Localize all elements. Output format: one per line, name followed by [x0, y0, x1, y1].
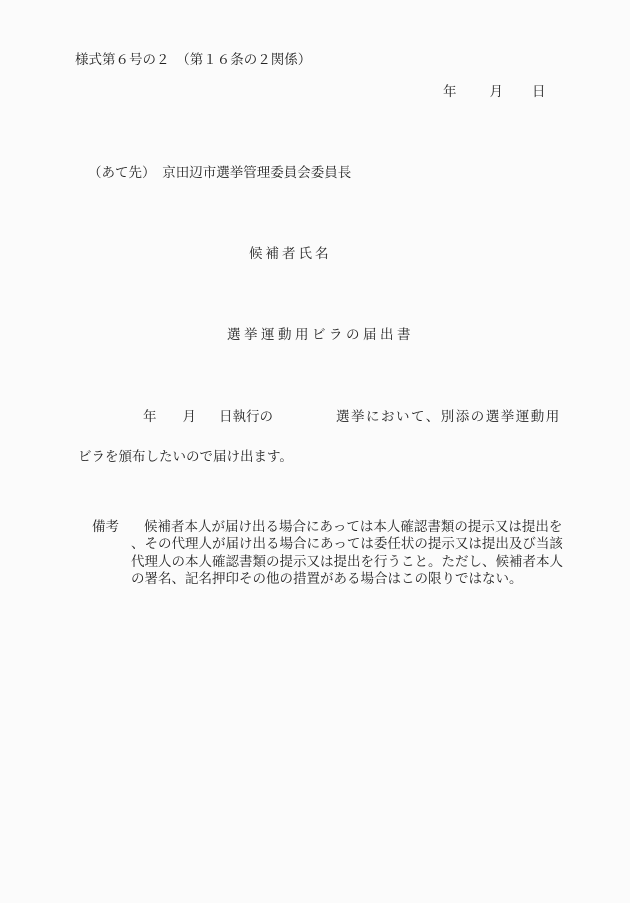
remarks-section: 備考 候補者本人が届け出る場合にあっては本人確認書類の提示又は提出を 、その代理…: [92, 518, 563, 587]
remarks-label: 備考: [92, 518, 119, 535]
body-date-year-label: 年: [143, 409, 157, 425]
addressee-line: （あて先） 京田辺市選挙管理委員会委員長: [88, 165, 351, 181]
candidate-name-label: 候補者氏名: [249, 246, 332, 262]
remarks-line: 代理人の本人確認書類の提示又は提出を行うこと。ただし、候補者本人: [131, 553, 563, 570]
header-date-year-blank: [457, 84, 490, 100]
remarks-line: 候補者本人が届け出る場合にあっては本人確認書類の提示又は提出を: [131, 518, 563, 535]
header-date-month-blank: [503, 84, 532, 100]
header-date-month-label: 月: [490, 84, 504, 100]
document-title: 選挙運動用ビラの届出書: [227, 327, 414, 343]
body-date-month-blank: [196, 409, 219, 425]
remarks-line: の署名、記名押印その他の措置がある場合はこの限りではない。: [131, 570, 563, 587]
body-date-month-label: 月: [183, 409, 197, 425]
header-date-line: 年 月 日: [443, 84, 546, 100]
form-number: 様式第６号の２ （第１６条の２関係）: [75, 52, 311, 68]
remarks-text: 候補者本人が届け出る場合にあっては本人確認書類の提示又は提出を 、その代理人が届…: [131, 518, 563, 587]
body-statement-line: ビラを頒布したいので届け出ます。: [78, 449, 293, 465]
remarks-line: 、その代理人が届け出る場合にあっては委任状の提示又は提出及び当該: [131, 535, 563, 552]
header-date-year-label: 年: [443, 84, 457, 100]
body-election-name-blank: [273, 409, 336, 425]
body-date-exec-label: 日執行の: [219, 409, 273, 425]
body-election-clause: 選挙において、別添の選挙運動用: [336, 409, 561, 425]
body-date-line: 年 月 日執行の 選挙において、別添の選挙運動用: [143, 409, 561, 425]
document-page: 様式第６号の２ （第１６条の２関係） 年 月 日 （あて先） 京田辺市選挙管理委…: [0, 0, 630, 903]
header-date-day-label: 日: [532, 84, 546, 100]
body-date-year-blank: [157, 409, 183, 425]
